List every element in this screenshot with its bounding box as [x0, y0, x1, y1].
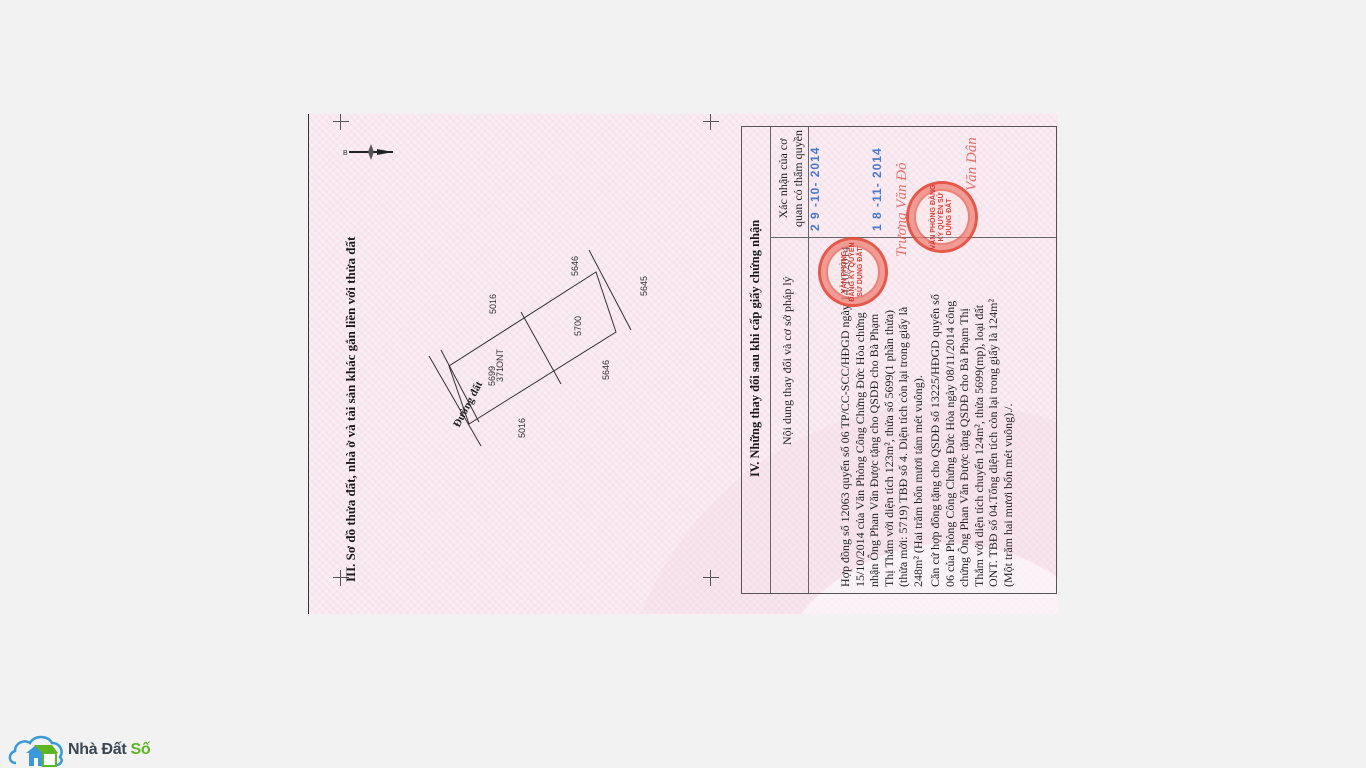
svg-text:5700: 5700 [573, 316, 583, 336]
stamp-date-1: 2 9 -10- 2014 [808, 147, 822, 231]
entry-line: chứng Ông Phan Văn Được tặng QSDĐ cho Bà… [957, 294, 972, 587]
column-header-content: Nội dung thay đổi và cơ sở pháp lý [780, 276, 795, 445]
svg-text:5646: 5646 [601, 360, 611, 380]
svg-text:5645: 5645 [639, 276, 649, 296]
entry-line: (Một trăm hai mươi bốn mét vuông)./. [1001, 294, 1016, 587]
entry-line: 06 của Phòng Công Chứng Đức Hòa ngày 08/… [943, 294, 958, 587]
svg-text:B: B [343, 150, 348, 157]
entry-line: ONT. TBĐ số 04.Tổng diện tích còn lại tr… [986, 294, 1001, 587]
house-cloud-icon [6, 733, 66, 767]
certificate-scan: III. Sơ đồ thửa đất, nhà ở và tài sản kh… [308, 114, 1058, 614]
signature-1: Trương Văn Đỏ [894, 162, 911, 257]
svg-text:5016: 5016 [488, 294, 498, 314]
parcel-diagram: Đường đất 5699 371 ONT 5016 5016 5646 56… [421, 232, 661, 462]
svg-text:5646: 5646 [570, 256, 580, 276]
changes-table: IV. Những thay đổi sau khi cấp giấy chứn… [741, 126, 1057, 594]
section3-title: III. Sơ đồ thửa đất, nhà ở và tài sản kh… [343, 237, 359, 582]
registration-mark [703, 114, 719, 130]
stamp-date-2: 1 8 -11- 2014 [870, 147, 884, 231]
svg-text:ONT: ONT [495, 349, 505, 369]
north-arrow-icon: B [343, 142, 399, 162]
registration-mark [703, 570, 719, 586]
change-entry-2: Căn cứ hợp đồng tặng cho QSDĐ số 13225/H… [928, 294, 1015, 587]
entry-line: 248m² (Hai trăm bốn mươi tám mét vuông). [911, 247, 926, 587]
entry-line: Căn cứ hợp đồng tặng cho QSDĐ số 13225/H… [928, 294, 943, 587]
official-seal-2: VĂN PHÒNG ĐĂNG KÝ QUYỀN SỬ DỤNG ĐẤT [906, 181, 978, 253]
brand-logo: Nhà Đất Số [6, 733, 150, 767]
column-header-confirm: Xác nhận của cơ quan có thẩm quyền [776, 130, 806, 227]
registration-mark [333, 114, 349, 130]
entry-line: (thửa mới: 5719) TBĐ số 4. Diện tích còn… [896, 247, 911, 587]
entry-line: Thị Thắm với diện tích 123m², thửa số 56… [882, 247, 897, 587]
official-seal-1: VĂN PHÒNG ĐĂNG KÝ QUYỀN SỬ DỤNG ĐẤT [818, 237, 888, 307]
entry-line: Thắm với diện tích chuyển 124m², thửa 56… [972, 294, 987, 587]
svg-text:371: 371 [495, 367, 505, 382]
column-header-confirm-line1: Xác nhận của cơ [776, 130, 791, 227]
signature-2: Văn Dân [964, 137, 981, 191]
svg-text:5016: 5016 [517, 418, 527, 438]
section4-title: IV. Những thay đổi sau khi cấp giấy chứn… [748, 220, 763, 477]
column-header-confirm-line2: quan có thẩm quyền [791, 130, 806, 227]
brand-name: Nhà Đất Số [68, 741, 150, 759]
